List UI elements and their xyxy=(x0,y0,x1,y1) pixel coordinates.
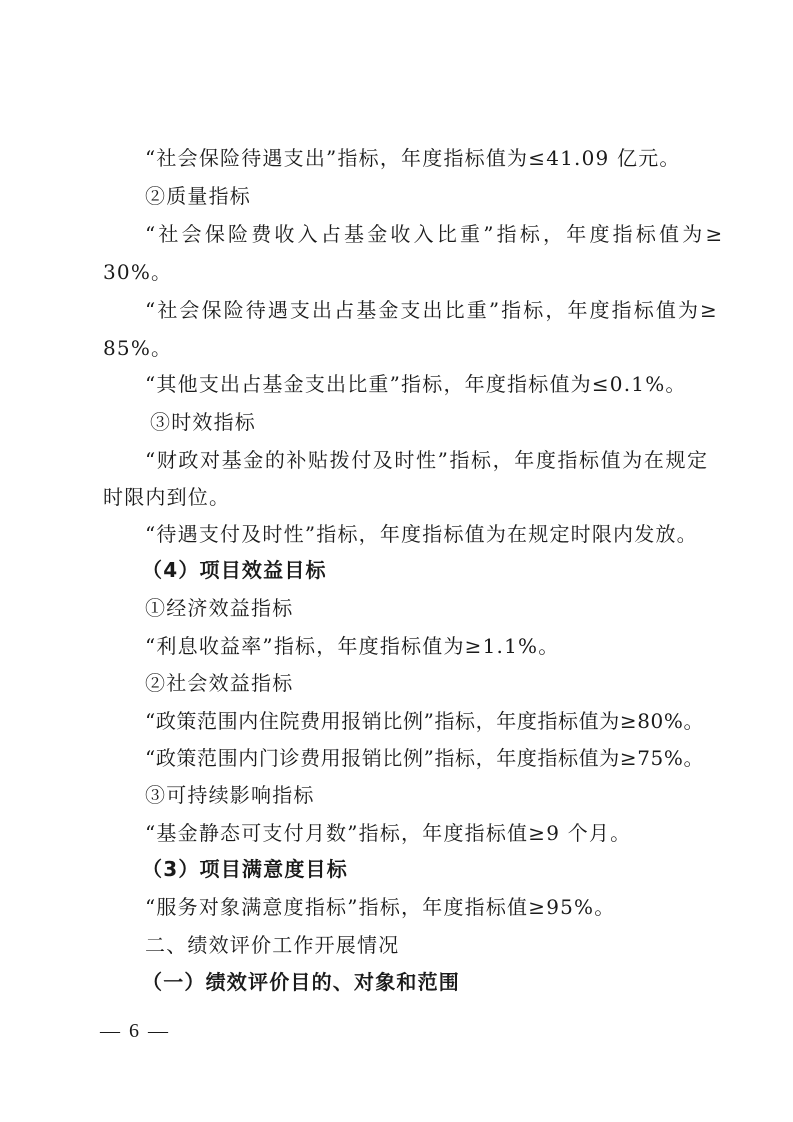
text-line-subsidy-timeliness: “财政对基金的补贴拨付及时性”指标，年度指标值为在规定 xyxy=(145,448,709,472)
heading-satisfaction-goals: （3）项目满意度目标 xyxy=(142,857,348,881)
text-line-interest-yield: “利息收益率”指标，年度指标值为≥1.1%。 xyxy=(145,634,559,658)
text-line-continuation: 30%。 xyxy=(103,260,172,284)
text-line-payment-timeliness: “待遇支付及时性”指标，年度指标值为在规定时限内发放。 xyxy=(145,522,698,546)
text-line-inpatient-reimbursement: “政策范围内住院费用报销比例”指标，年度指标值为≥80%。 xyxy=(145,709,704,733)
subheading-social-benefit: ②社会效益指标 xyxy=(145,671,293,695)
subheading-sustainability: ③可持续影响指标 xyxy=(145,783,315,807)
subheading-quality-indicators: ②质量指标 xyxy=(145,184,251,208)
text-line-fund-payable-months: “基金静态可支付月数”指标，年度指标值≥9 个月。 xyxy=(145,821,631,845)
subheading-timeliness-indicators: ③时效指标 xyxy=(150,410,256,434)
page-number: — 6 — xyxy=(100,1020,170,1043)
heading-evaluation-work: 二、绩效评价工作开展情况 xyxy=(145,933,399,957)
text-line-premium-income-ratio: “社会保险费收入占基金收入比重”指标，年度指标值为≥ xyxy=(145,222,693,246)
text-line-other-expenditure-ratio: “其他支出占基金支出比重”指标，年度指标值为≤0.1%。 xyxy=(145,372,687,396)
text-line-continuation: 时限内到位。 xyxy=(103,485,230,509)
document-page: “社会保险待遇支出”指标，年度指标值为≤41.09 亿元。 ②质量指标 “社会保… xyxy=(0,0,793,1122)
text-line-benefit-expenditure-ratio: “社会保险待遇支出占基金支出比重”指标，年度指标值为≥ xyxy=(145,298,693,322)
heading-project-benefit-goals: （4）项目效益目标 xyxy=(142,558,327,582)
text-line-outpatient-reimbursement: “政策范围内门诊费用报销比例”指标，年度指标值为≥75%。 xyxy=(145,746,704,770)
heading-evaluation-purpose-scope: （一）绩效评价目的、对象和范围 xyxy=(142,970,460,994)
subheading-economic-benefit: ①经济效益指标 xyxy=(145,596,293,620)
text-line-continuation: 85%。 xyxy=(103,336,172,360)
text-line-service-satisfaction: “服务对象满意度指标”指标，年度指标值≥95%。 xyxy=(145,895,615,919)
text-line-social-insurance-expenditure: “社会保险待遇支出”指标，年度指标值为≤41.09 亿元。 xyxy=(145,146,681,170)
